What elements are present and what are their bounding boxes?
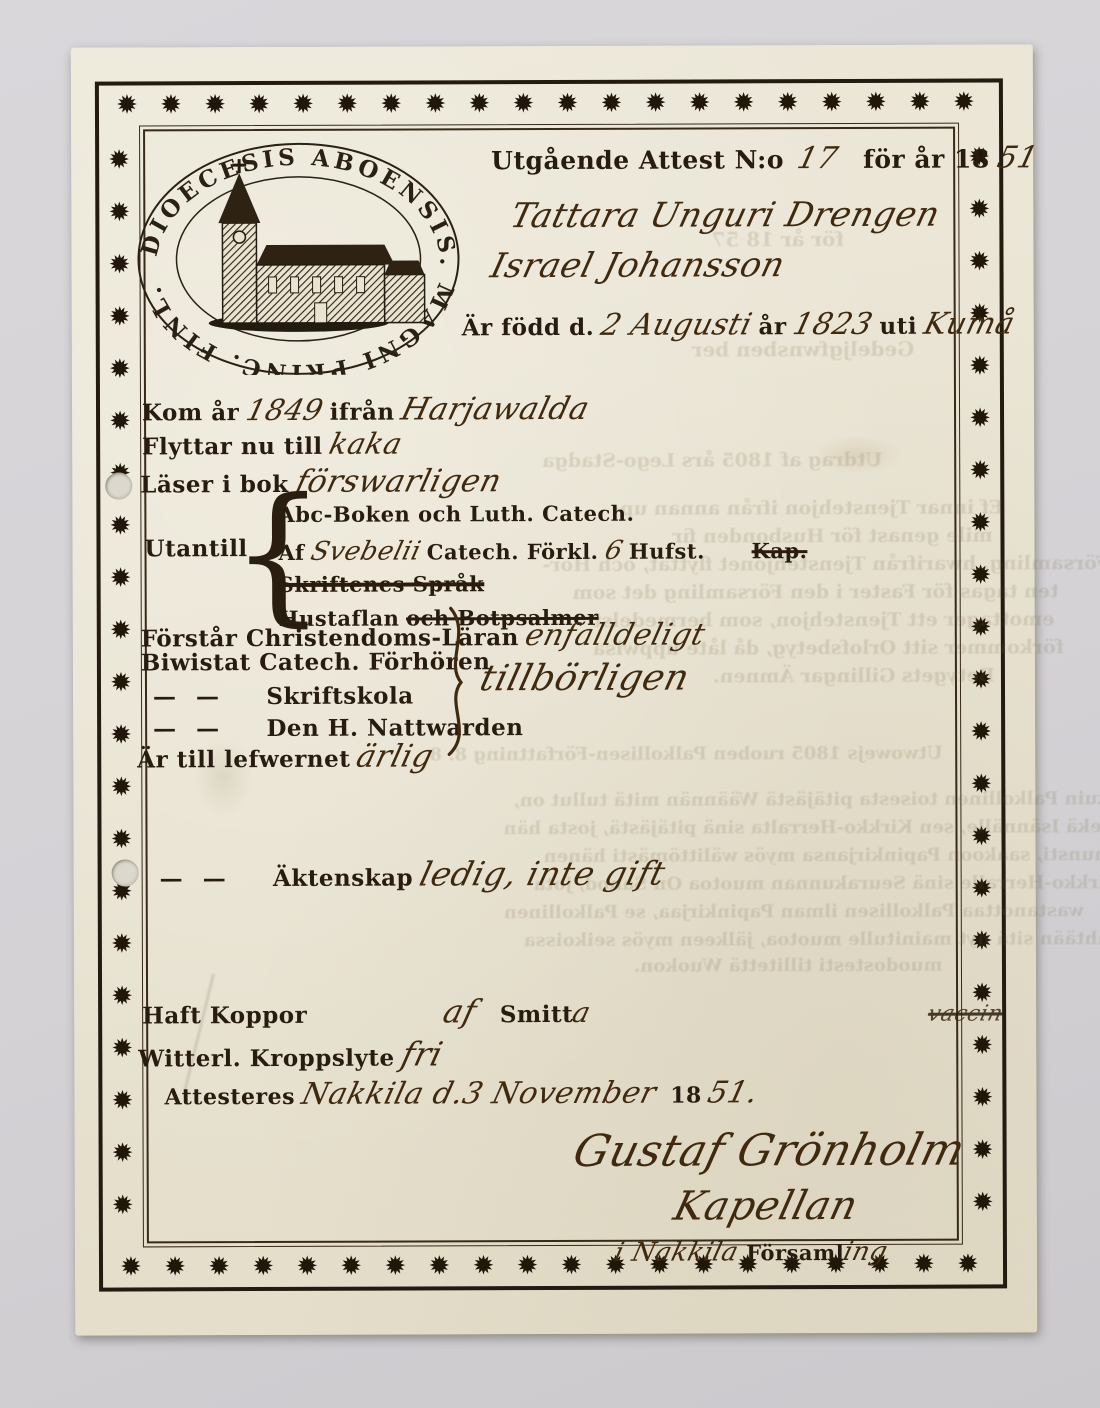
person-name-line1: Tattara Unguri Drengen xyxy=(506,195,944,237)
utantill-item3-struck: Skriftenes Språk xyxy=(279,571,485,597)
attendance-catech-label: Biwistat Catech. Förhören xyxy=(141,648,491,676)
smallpox-af: af xyxy=(440,992,481,1030)
bleedthrough-line: ten tagas för Faster i den Församling de… xyxy=(573,580,1059,604)
bleedthrough-line: muodostesti tillitettä Wuokon. xyxy=(634,955,943,977)
attendance-skriftskola-label: Skriftskola xyxy=(266,682,413,710)
handwritten-brace xyxy=(441,606,482,756)
smallpox-vaccin-struck: vaccin xyxy=(925,1001,1006,1026)
attest-year-printed: för år 18 xyxy=(863,144,990,173)
attendance-grade: tillbörligen xyxy=(476,658,694,700)
ditto-dashes: — — xyxy=(160,865,232,892)
bleedthrough-line: Ef innar Tjenstehjon ifrån annan up- xyxy=(612,496,1003,519)
utantill-item2-af: Af xyxy=(278,540,304,565)
ditto-dashes: — — xyxy=(153,683,225,710)
bleedthrough-line: Män pion kuin Palkollinen toisesta pitäj… xyxy=(513,788,1100,811)
conduct-grade: ärlig xyxy=(353,738,437,774)
bleedthrough-line: Betygets Gillingar Ämnen. xyxy=(713,664,995,687)
moving-label: Flyttar nu till xyxy=(142,433,323,461)
photo-background: ✹ ✹ ✹ ✹ ✹ ✹ ✹ ✹ ✹ ✹ ✹ ✹ ✹ ✹ ✹ ✹ ✹ ✹ ✹ ✹ … xyxy=(0,0,1100,1408)
attest-place-date: Nakkila d.3 November xyxy=(298,1076,660,1112)
born-year: 1823 xyxy=(790,307,877,342)
conduct-label: Är till lefwernet xyxy=(137,746,350,774)
attest-place-label: Attesteres xyxy=(164,1084,295,1110)
utantill-item2-count: 6 xyxy=(601,536,625,566)
bleedthrough-line: Utdrag af 1805 års Lego-Stadga xyxy=(542,449,882,472)
born-label: Är född d. xyxy=(462,314,595,341)
attest-51: 51. xyxy=(704,1075,762,1110)
arrival-year: 1849 xyxy=(242,393,326,427)
punch-hole-top xyxy=(105,472,132,499)
utantill-item2-kap-struck: Kap. xyxy=(752,538,808,563)
punch-hole-bottom xyxy=(112,859,139,886)
born-place-label: uti xyxy=(879,313,917,340)
marriage-label: Äktenskap xyxy=(273,864,413,891)
arrival-label: Kom år xyxy=(142,399,239,426)
bleedthrough-line: wastanottaa Palkollisen ilman Papinkirja… xyxy=(504,900,1084,923)
marriage-status: ledig, inte gift xyxy=(416,854,670,894)
bleedthrough-line: nähtään sitä nyt mainitulle muotoa, jälk… xyxy=(524,928,1100,951)
attest-title: Utgående Attest N:o xyxy=(491,145,784,175)
person-name-line2: Israel Johansson xyxy=(487,245,789,286)
moving-place: kaka xyxy=(326,427,406,461)
signature-name: Gustaf Grönholm xyxy=(568,1125,970,1177)
bodily-label: Witterl. Kroppslyte xyxy=(138,1045,394,1073)
attest-18: 18 xyxy=(670,1082,702,1108)
signature-title: Kapellan xyxy=(669,1183,863,1230)
born-place: Kumå xyxy=(920,306,1018,341)
smallpox-label: Haft Koppor xyxy=(142,1002,307,1030)
attest-year-hw: 51 xyxy=(993,140,1041,175)
diocese-seal: DIOECESIS ABOENSIS. MAGNI PRINC. FINL. xyxy=(126,126,472,375)
born-day-month: 2 Augusti xyxy=(597,307,755,343)
bleedthrough-line: nähtäköön sekä Isännälle, sen Kirkko-Her… xyxy=(503,816,1100,840)
utantill-item2-catech: Catech. Förkl. xyxy=(427,539,599,565)
attest-number: 17 xyxy=(794,141,842,176)
parish-suffix-hw: ing xyxy=(840,1237,891,1267)
arrival-place: Harjawalda xyxy=(397,391,593,428)
bleedthrough-line: Utwowejs 1805 ruoben Palkollisen-Författ… xyxy=(423,743,943,766)
born-year-label: år xyxy=(758,313,786,340)
parish-place-hw: i Nakkila xyxy=(611,1237,741,1267)
arrival-from-label: ifrån xyxy=(330,399,395,426)
understanding-grade: enfalldeligt xyxy=(522,617,709,653)
utantill-item-abc: Abc-Boken och Luth. Catech. xyxy=(278,501,634,527)
rosette-border-top: ✹ ✹ ✹ ✹ ✹ ✹ ✹ ✹ ✹ ✹ ✹ ✹ ✹ ✹ ✹ ✹ ✹ ✹ ✹ ✹ … xyxy=(101,83,997,124)
utantill-item2-hufst: Hufst. xyxy=(629,538,705,563)
utantill-item2-author: Svebelii xyxy=(307,536,423,566)
smallpox-smitt: Smitt xyxy=(500,1001,574,1028)
parish-printed: Församl xyxy=(746,1240,844,1265)
certificate-paper: ✹ ✹ ✹ ✹ ✹ ✹ ✹ ✹ ✹ ✹ ✹ ✹ ✹ ✹ ✹ ✹ ✹ ✹ ✹ ✹ … xyxy=(71,44,1037,1335)
bodily-value: fri xyxy=(397,1034,447,1073)
